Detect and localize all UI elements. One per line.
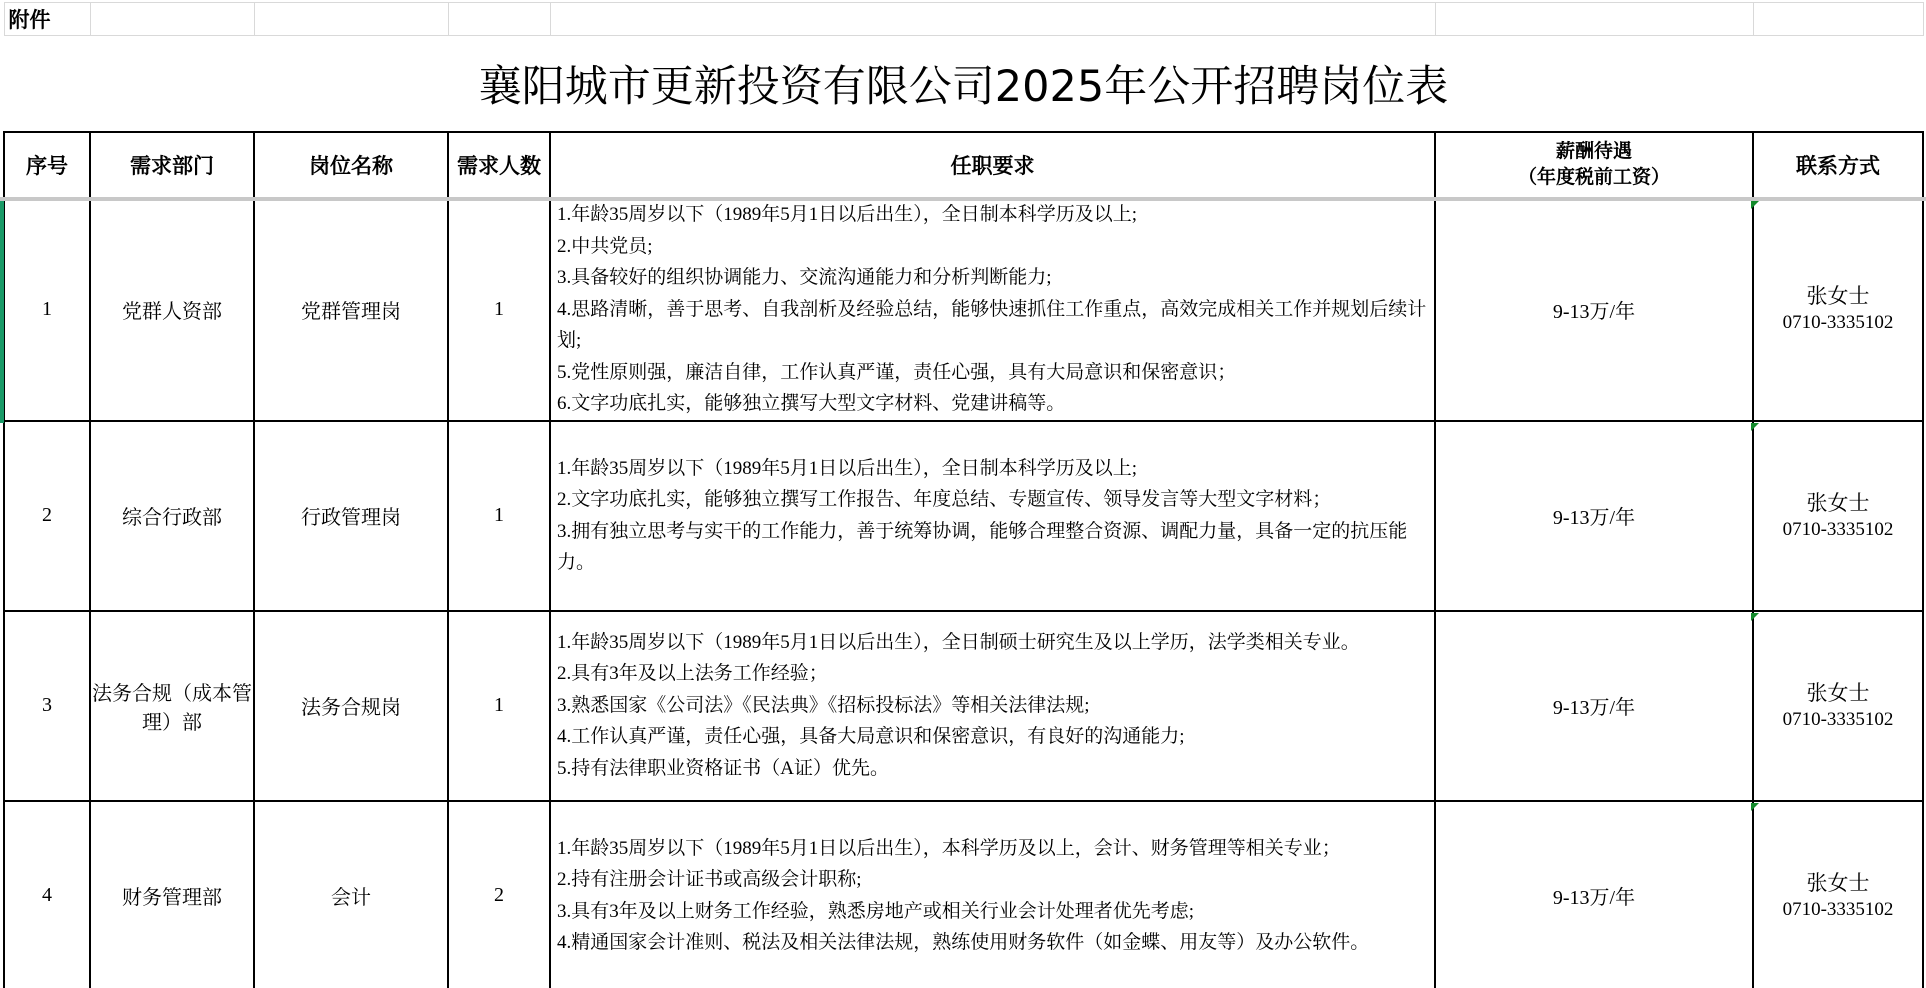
table-row: 3 法务合规（成本管理）部 法务合规岗 1 1.年龄35周岁以下（1989年5月… bbox=[4, 611, 1923, 801]
cell-seq[interactable]: 1 bbox=[4, 198, 90, 421]
cell-seq[interactable]: 2 bbox=[4, 421, 90, 611]
cell-position[interactable]: 行政管理岗 bbox=[254, 421, 448, 611]
cell-department[interactable]: 财务管理部 bbox=[90, 801, 254, 988]
header-salary[interactable]: 薪酬待遇 （年度税前工资） bbox=[1435, 132, 1753, 198]
comment-marker-icon[interactable] bbox=[1751, 423, 1759, 431]
header-row: 序号 需求部门 岗位名称 需求人数 任职要求 薪酬待遇 （年度税前工资） 联系方… bbox=[4, 132, 1923, 198]
header-requirements[interactable]: 任职要求 bbox=[550, 132, 1435, 198]
cell-requirements[interactable]: 1.年龄35周岁以下（1989年5月1日以后出生），全日制硕士研究生及以上学历，… bbox=[550, 611, 1435, 801]
cell-headcount[interactable]: 1 bbox=[448, 421, 550, 611]
page-title[interactable]: 襄阳城市更新投资有限公司2025年公开招聘岗位表 bbox=[4, 36, 1923, 133]
cell-salary[interactable]: 9-13万/年 bbox=[1435, 198, 1753, 421]
header-salary-line1: 薪酬待遇 bbox=[1436, 139, 1752, 165]
cell-seq[interactable]: 3 bbox=[4, 611, 90, 801]
cell-department[interactable]: 综合行政部 bbox=[90, 421, 254, 611]
cell-seq[interactable]: 4 bbox=[4, 801, 90, 988]
header-department[interactable]: 需求部门 bbox=[90, 132, 254, 198]
empty-cell[interactable] bbox=[550, 3, 1435, 36]
cell-contact[interactable]: 张女士 0710-3335102 bbox=[1753, 611, 1923, 801]
requirement-item: 1.年龄35周岁以下（1989年5月1日以后出生），全日制硕士研究生及以上学历，… bbox=[557, 627, 1428, 659]
requirement-item: 4.精通国家会计准则、税法及相关法律法规，熟练使用财务软件（如金蝶、用友等）及办… bbox=[557, 927, 1428, 959]
table-row: 2 综合行政部 行政管理岗 1 1.年龄35周岁以下（1989年5月1日以后出生… bbox=[4, 421, 1923, 611]
empty-cell[interactable] bbox=[448, 3, 550, 36]
empty-cell[interactable] bbox=[1435, 3, 1753, 36]
table-row: 4 财务管理部 会计 2 1.年龄35周岁以下（1989年5月1日以后出生），本… bbox=[4, 801, 1923, 988]
cell-position[interactable]: 法务合规岗 bbox=[254, 611, 448, 801]
cell-contact[interactable]: 张女士 0710-3335102 bbox=[1753, 198, 1923, 421]
requirement-item: 3.拥有独立思考与实干的工作能力，善于统筹协调，能够合理整合资源、调配力量，具备… bbox=[557, 516, 1428, 579]
comment-marker-icon[interactable] bbox=[1751, 201, 1759, 209]
frozen-pane-divider[interactable] bbox=[0, 197, 1926, 201]
header-contact[interactable]: 联系方式 bbox=[1753, 132, 1923, 198]
empty-cell[interactable] bbox=[1753, 3, 1923, 36]
requirement-item: 2.具有3年及以上法务工作经验； bbox=[557, 658, 1428, 690]
contact-phone: 0710-3335102 bbox=[1754, 707, 1922, 733]
cell-requirements[interactable]: 1.年龄35周岁以下（1989年5月1日以后出生），全日制本科学历及以上; 2.… bbox=[550, 198, 1435, 421]
cell-department[interactable]: 党群人资部 bbox=[90, 198, 254, 421]
cell-salary[interactable]: 9-13万/年 bbox=[1435, 611, 1753, 801]
spreadsheet: 附件 襄阳城市更新投资有限公司2025年公开招聘岗位表 序号 需求部门 岗位名称… bbox=[0, 0, 1926, 988]
header-headcount[interactable]: 需求人数 bbox=[448, 132, 550, 198]
requirement-item: 5.持有法律职业资格证书（A证）优先。 bbox=[557, 753, 1428, 785]
requirement-item: 6.文字功底扎实，能够独立撰写大型文字材料、党建讲稿等。 bbox=[557, 388, 1428, 420]
title-row: 襄阳城市更新投资有限公司2025年公开招聘岗位表 bbox=[4, 36, 1923, 133]
comment-marker-icon[interactable] bbox=[1751, 613, 1759, 621]
cell-position[interactable]: 党群管理岗 bbox=[254, 198, 448, 421]
cell-salary[interactable]: 9-13万/年 bbox=[1435, 421, 1753, 611]
table-row: 1 党群人资部 党群管理岗 1 1.年龄35周岁以下（1989年5月1日以后出生… bbox=[4, 198, 1923, 421]
header-seq[interactable]: 序号 bbox=[4, 132, 90, 198]
header-salary-line2: （年度税前工资） bbox=[1436, 165, 1752, 191]
requirement-item: 2.文字功底扎实，能够独立撰写工作报告、年度总结、专题宣传、领导发言等大型文字材… bbox=[557, 484, 1428, 516]
cell-headcount[interactable]: 1 bbox=[448, 198, 550, 421]
requirement-item: 1.年龄35周岁以下（1989年5月1日以后出生），本科学历及以上，会计、财务管… bbox=[557, 833, 1428, 865]
contact-name: 张女士 bbox=[1754, 869, 1922, 897]
requirement-item: 5.党性原则强，廉洁自律，工作认真严谨，责任心强，具有大局意识和保密意识； bbox=[557, 357, 1428, 389]
contact-phone: 0710-3335102 bbox=[1754, 897, 1922, 923]
empty-cell[interactable] bbox=[254, 3, 448, 36]
cell-headcount[interactable]: 1 bbox=[448, 611, 550, 801]
cell-position[interactable]: 会计 bbox=[254, 801, 448, 988]
contact-phone: 0710-3335102 bbox=[1754, 310, 1922, 336]
requirement-item: 2.持有注册会计证书或高级会计职称; bbox=[557, 864, 1428, 896]
requirement-item: 3.熟悉国家《公司法》《民法典》《招标投标法》等相关法律法规; bbox=[557, 690, 1428, 722]
requirement-item: 3.具备较好的组织协调能力、交流沟通能力和分析判断能力; bbox=[557, 262, 1428, 294]
requirement-item: 4.思路清晰，善于思考、自我剖析及经验总结，能够快速抓住工作重点，高效完成相关工… bbox=[557, 294, 1428, 357]
comment-marker-icon[interactable] bbox=[1751, 803, 1759, 811]
cell-department[interactable]: 法务合规（成本管理）部 bbox=[90, 611, 254, 801]
empty-cell[interactable] bbox=[90, 3, 254, 36]
contact-name: 张女士 bbox=[1754, 489, 1922, 517]
requirement-item: 1.年龄35周岁以下（1989年5月1日以后出生），全日制本科学历及以上; bbox=[557, 199, 1428, 231]
cell-requirements[interactable]: 1.年龄35周岁以下（1989年5月1日以后出生），全日制本科学历及以上; 2.… bbox=[550, 421, 1435, 611]
cell-salary[interactable]: 9-13万/年 bbox=[1435, 801, 1753, 988]
row-selection-indicator bbox=[0, 201, 4, 423]
cell-requirements[interactable]: 1.年龄35周岁以下（1989年5月1日以后出生），本科学历及以上，会计、财务管… bbox=[550, 801, 1435, 988]
attachment-row: 附件 bbox=[4, 3, 1923, 36]
cell-contact[interactable]: 张女士 0710-3335102 bbox=[1753, 421, 1923, 611]
contact-name: 张女士 bbox=[1754, 282, 1922, 310]
requirement-item: 1.年龄35周岁以下（1989年5月1日以后出生），全日制本科学历及以上; bbox=[557, 453, 1428, 485]
contact-name: 张女士 bbox=[1754, 679, 1922, 707]
requirement-item: 3.具有3年及以上财务工作经验，熟悉房地产或相关行业会计处理者优先考虑; bbox=[557, 896, 1428, 928]
contact-phone: 0710-3335102 bbox=[1754, 517, 1922, 543]
recruitment-table: 附件 襄阳城市更新投资有限公司2025年公开招聘岗位表 序号 需求部门 岗位名称… bbox=[3, 2, 1924, 988]
cell-contact[interactable]: 张女士 0710-3335102 bbox=[1753, 801, 1923, 988]
header-position[interactable]: 岗位名称 bbox=[254, 132, 448, 198]
attachment-label[interactable]: 附件 bbox=[4, 3, 90, 36]
requirement-item: 2.中共党员; bbox=[557, 231, 1428, 263]
cell-headcount[interactable]: 2 bbox=[448, 801, 550, 988]
requirement-item: 4.工作认真严谨，责任心强，具备大局意识和保密意识，有良好的沟通能力; bbox=[557, 721, 1428, 753]
